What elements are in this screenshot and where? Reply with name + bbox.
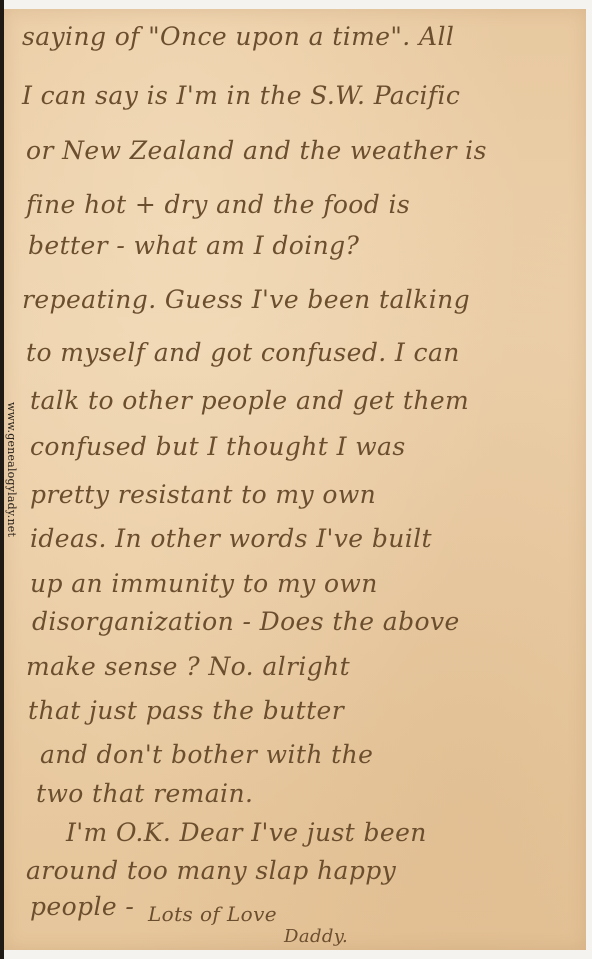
letter-line-11: ideas. In other words I've built xyxy=(30,524,432,553)
letter-line-1: saying of "Once upon a time". All xyxy=(22,22,454,51)
letter-line-20: people - xyxy=(30,892,134,921)
letter-line-2: I can say is I'm in the S.W. Pacific xyxy=(22,81,460,110)
letter-line-15: that just pass the butter xyxy=(28,696,344,725)
letter-line-5: better - what am I doing? xyxy=(28,231,359,260)
letter-closing: Lots of Love xyxy=(148,902,277,926)
letter-scan: www.genealogylady.net saying of "Once up… xyxy=(0,0,592,959)
letter-line-10: pretty resistant to my own xyxy=(30,480,376,509)
letter-line-8: talk to other people and get them xyxy=(30,386,469,415)
letter-line-12: up an immunity to my own xyxy=(30,569,378,598)
letter-line-19: around too many slap happy xyxy=(26,856,396,885)
letter-line-13: disorganization - Does the above xyxy=(32,607,460,636)
letter-line-7: to myself and got confused. I can xyxy=(26,338,460,367)
letter-line-4: fine hot + dry and the food is xyxy=(26,190,410,219)
letter-signature: Daddy. xyxy=(284,926,348,947)
letter-line-16: and don't bother with the xyxy=(40,740,373,769)
letter-line-3: or New Zealand and the weather is xyxy=(26,136,487,165)
letter-line-14: make sense ? No. alright xyxy=(26,652,350,681)
letter-line-18: I'm O.K. Dear I've just been xyxy=(66,818,427,847)
letter-line-17: two that remain. xyxy=(36,779,253,808)
watermark-text: www.genealogylady.net xyxy=(4,402,18,578)
letter-line-9: confused but I thought I was xyxy=(30,432,406,461)
letter-line-6: repeating. Guess I've been talking xyxy=(22,285,470,314)
